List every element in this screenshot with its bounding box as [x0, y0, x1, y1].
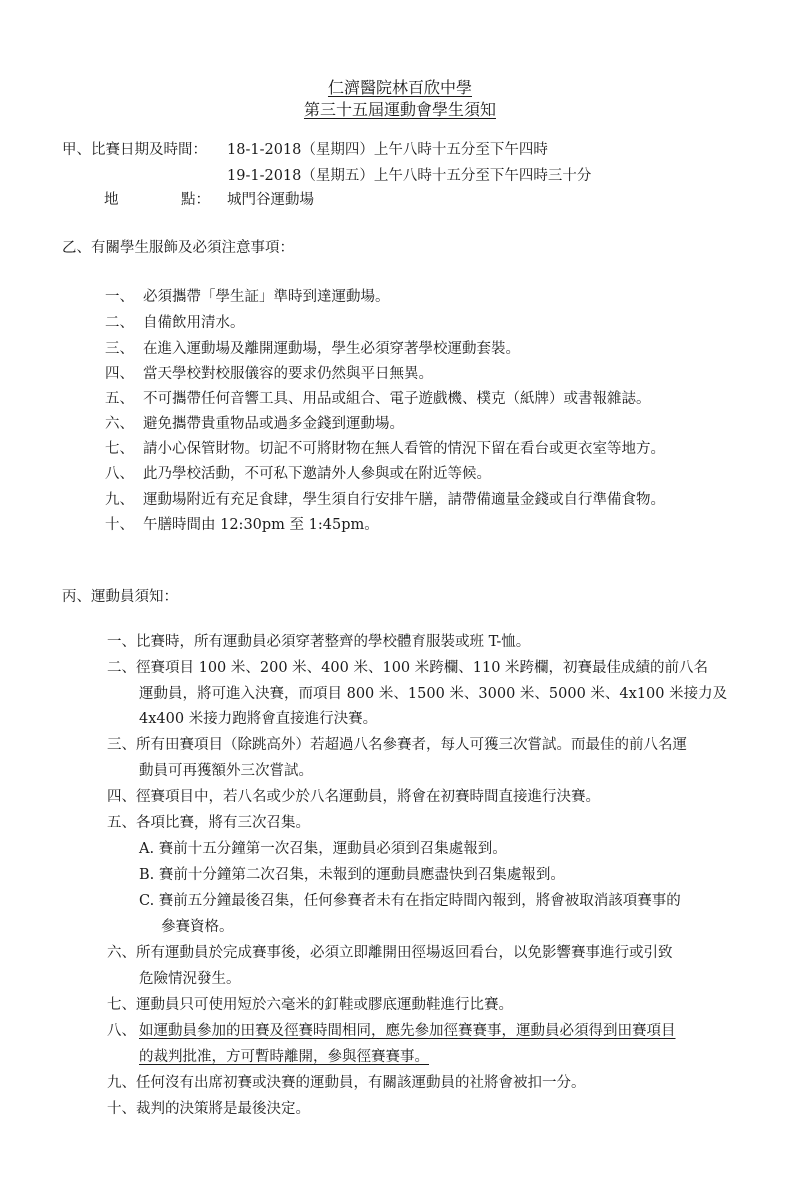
list-item: 六、所有運動員於完成賽事後，必須立即離開田徑場返回看台，以免影響賽事進行或引致 — [107, 943, 673, 963]
list-item-number: 四、 — [105, 364, 134, 384]
date-day1: 18-1-2018（星期四）上午八時十五分至下午四時 — [227, 140, 548, 160]
list-item: 必須攜帶「學生証」準時到達運動場。 — [143, 287, 390, 307]
list-item: 在進入運動場及離開運動場，學生必須穿著學校運動套裝。 — [143, 339, 520, 359]
list-item: 當天學校對校服儀容的要求仍然與平日無異。 — [143, 364, 433, 384]
list-item-number: 八、 — [105, 464, 134, 484]
list-item: 此乃學校活動，不可私下邀請外人參與或在附近等候。 — [143, 464, 491, 484]
list-item-continuation: 運動員，將可進入決賽，而項目 800 米、1500 米、3000 米、5000 … — [139, 684, 727, 704]
list-item-number: 十、 — [105, 515, 134, 535]
list-item-continuation: 4x400 米接力跑將會直接進行決賽。 — [139, 709, 377, 729]
list-item: 四、徑賽項目中，若八名或少於八名運動員，將會在初賽時間直接進行決賽。 — [107, 787, 600, 807]
list-item: 三、所有田賽項目（除跳高外）若超過八名參賽者，每人可獲三次嘗試。而最佳的前八名運 — [107, 735, 687, 755]
list-item: 不可攜帶任何音響工具、用品或組合、電子遊戲機、樸克（紙牌）或書報雜誌。 — [143, 389, 651, 409]
list-item-number: 一、 — [105, 287, 134, 307]
date-day2: 19-1-2018（星期五）上午八時十五分至下午四時三十分 — [227, 166, 591, 186]
section-c-heading: 丙、運動員須知： — [62, 587, 178, 607]
underlined-item-continuation: 的裁判批准，方可暫時離開，參與徑賽賽事。 — [139, 1047, 429, 1067]
list-item-continuation: 危險情況發生。 — [139, 969, 241, 989]
sub-item-b: B. 賽前十分鐘第二次召集，未報到的運動員應盡快到召集處報到。 — [139, 865, 565, 885]
list-item: 請小心保管財物。切記不可將財物在無人看管的情況下留在看台或更衣室等地方。 — [143, 439, 665, 459]
date-label: 甲、比賽日期及時間： — [62, 140, 207, 160]
venue-label-2: 點： — [181, 190, 210, 210]
list-item: 避免攜帶貴重物品或過多金錢到運動場。 — [143, 414, 404, 434]
underlined-item: 如運動員參加的田賽及徑賽時間相同，應先參加徑賽賽事，運動員必須得到田賽項目 — [139, 1021, 676, 1041]
list-item-number: 五、 — [105, 389, 134, 409]
list-item: 九、任何沒有出席初賽或決賽的運動員，有關該運動員的社將會被扣一分。 — [107, 1073, 586, 1093]
list-item: 十、裁判的決策將是最後決定。 — [107, 1099, 310, 1119]
list-item: 午膳時間由 12:30pm 至 1:45pm。 — [143, 515, 379, 535]
list-item: 七、運動員只可使用短於六毫米的釘鞋或膠底運動鞋進行比賽。 — [107, 995, 513, 1015]
venue-label-1: 地 — [104, 190, 119, 210]
list-item-number: 八、 — [107, 1021, 136, 1041]
list-item-number: 七、 — [105, 439, 134, 459]
sub-item-a: A. 賽前十五分鐘第一次召集，運動員必須到召集處報到。 — [139, 839, 507, 859]
list-item: 自備飲用清水。 — [143, 313, 245, 333]
list-item: 五、各項比賽，將有三次召集。 — [107, 813, 310, 833]
sub-item-continuation: 參賽資格。 — [161, 917, 234, 937]
document-title: 第三十五屆運動會學生須知 — [0, 100, 800, 120]
sub-item-c: C. 賽前五分鐘最後召集，任何參賽者未有在指定時間內報到，將會被取消該項賽事的 — [139, 891, 681, 911]
list-item-number: 六、 — [105, 414, 134, 434]
school-name: 仁濟醫院林百欣中學 — [0, 78, 800, 98]
list-item: 一、比賽時，所有運動員必須穿著整齊的學校體育服裝或班 T-恤。 — [107, 632, 530, 652]
list-item: 二、徑賽項目 100 米、200 米、400 米、100 米跨欄、110 米跨欄… — [107, 658, 708, 678]
list-item-continuation: 動員可再獲額外三次嘗試。 — [139, 761, 313, 781]
list-item-number: 三、 — [105, 339, 134, 359]
venue-value: 城門谷運動場 — [227, 190, 314, 210]
section-b-heading: 乙、有關學生服飾及必須注意事項： — [62, 238, 294, 258]
list-item-number: 二、 — [105, 313, 134, 333]
list-item-number: 九、 — [105, 490, 134, 510]
list-item: 運動場附近有充足食肆，學生須自行安排午膳，請帶備適量金錢或自行準備食物。 — [143, 490, 665, 510]
